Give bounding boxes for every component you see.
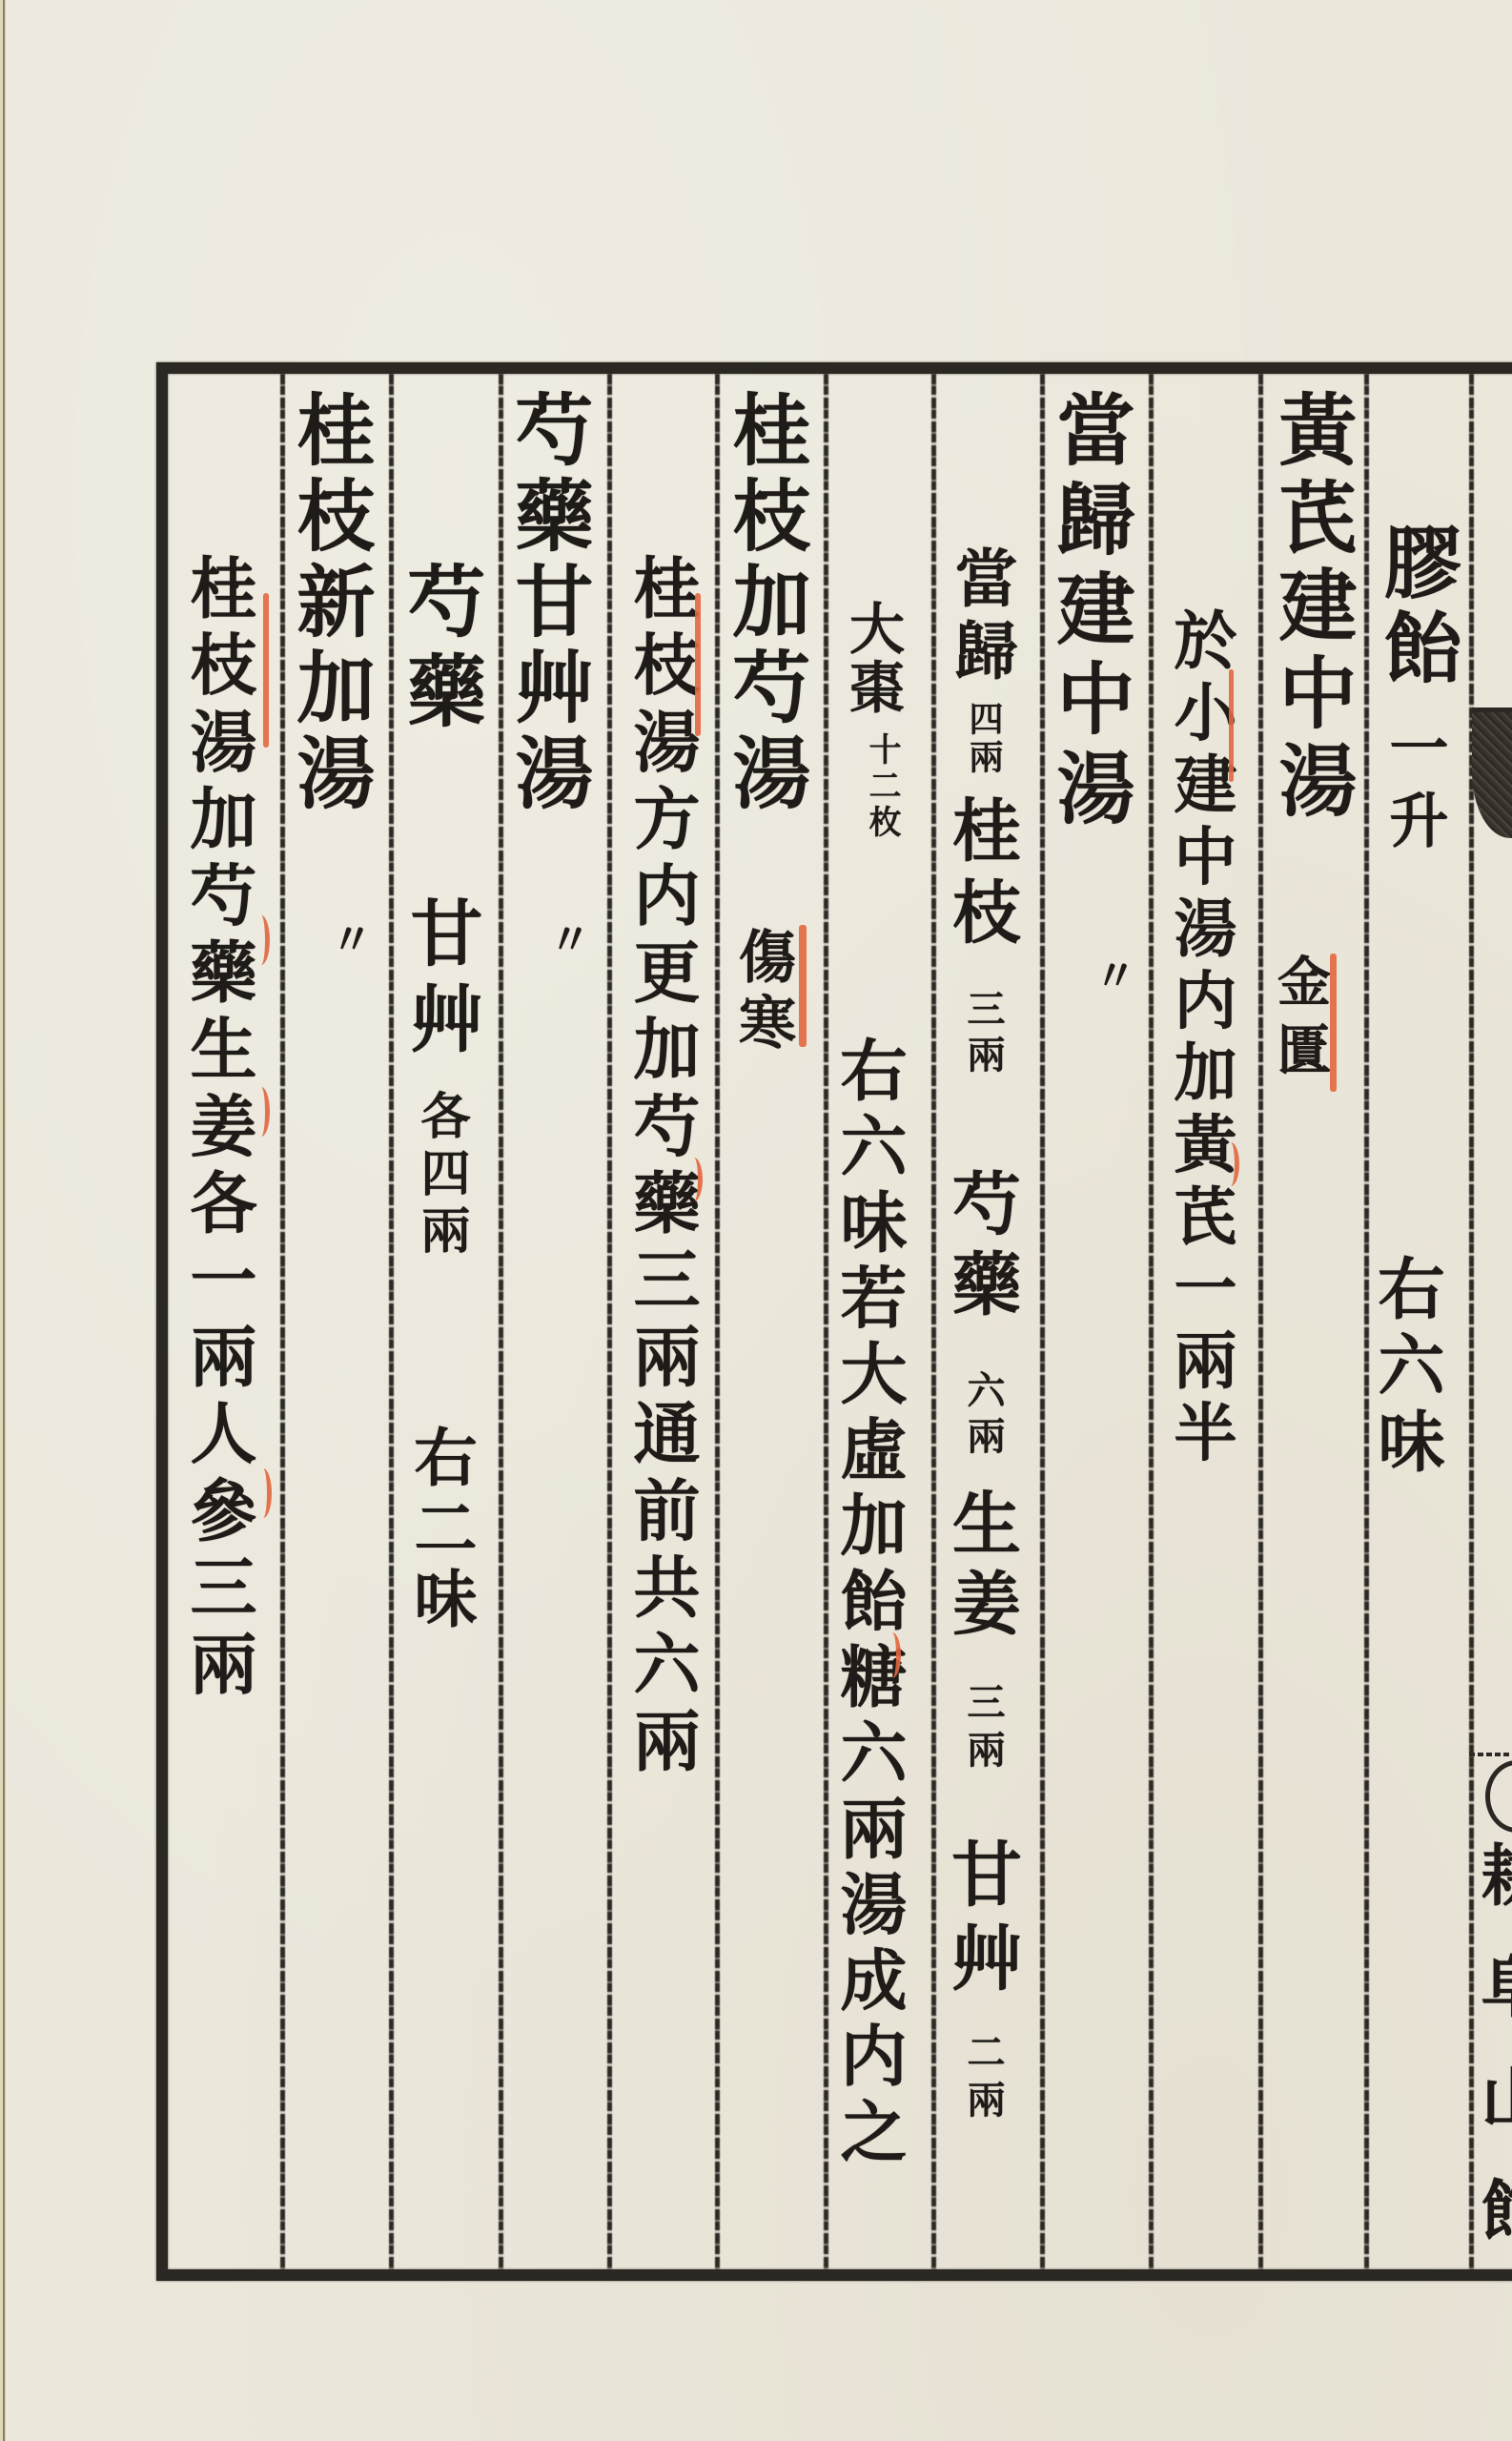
- prescription-title: 芍藥甘艸湯: [509, 389, 587, 818]
- source-note: 金匱: [1274, 954, 1327, 1091]
- column-rule: [931, 374, 936, 2269]
- ditto-mark: 〃: [326, 917, 368, 959]
- prescription-title: 桂枝新加湯: [291, 389, 369, 818]
- ingredient: 甘艸: [946, 1837, 1016, 2005]
- column-rule: [389, 374, 394, 2269]
- column-rule: [607, 374, 612, 2269]
- ditto-mark: 〃: [1090, 954, 1132, 995]
- source-note: 傷寒: [734, 927, 791, 1058]
- instruction-text: 右二味: [409, 1425, 472, 1636]
- vermilion-line-mark: [263, 593, 269, 748]
- ingredient: 芍藥: [401, 561, 480, 740]
- vermilion-line-mark: [695, 593, 701, 736]
- publisher-imprint: 耕阜山館: [1476, 1840, 1512, 2287]
- ingredient: 膠飴: [1378, 522, 1456, 693]
- prescription-title: 桂枝加芍湯: [726, 389, 805, 818]
- dosage-note: 四兩: [967, 701, 1001, 777]
- dosage-note: 十二枚: [866, 732, 898, 841]
- column-rule: [1258, 374, 1263, 2269]
- vermilion-line-mark: [1330, 954, 1337, 1092]
- column-rule: [824, 374, 828, 2269]
- prescription-title: 黃芪建中湯: [1273, 389, 1351, 828]
- page-edge: [0, 0, 6, 2441]
- dosage-note: 一升: [1384, 717, 1443, 862]
- ingredient: 大棗: [845, 600, 900, 718]
- dosage-note: 三兩: [964, 989, 1002, 1080]
- dosage-note: 二兩: [964, 2032, 1002, 2127]
- prescription-title: 當歸建中湯: [1051, 389, 1129, 837]
- instruction-text: 於小建中湯内加黃芪一兩半: [1169, 607, 1232, 1471]
- ingredient: 芍藥: [947, 1168, 1015, 1328]
- vermilion-line-mark: [1229, 669, 1234, 782]
- instruction-text: 桂枝湯加芍藥生姜各一兩人參三兩: [185, 553, 252, 1706]
- ingredient: 甘艸: [404, 895, 477, 1067]
- ingredient: 桂枝: [947, 794, 1015, 958]
- vermilion-line-mark: [799, 925, 807, 1047]
- ingredient: 生姜: [947, 1487, 1015, 1648]
- dosage-note: 三兩: [964, 1682, 1002, 1777]
- dosage-note: 六兩: [964, 1370, 1002, 1462]
- dosage-note: 各四兩: [416, 1090, 465, 1262]
- instruction-text: 右六味若大虛加飴糖六兩湯成内之: [835, 1036, 902, 2173]
- instruction-text: 桂枝湯方内更加芍藥三兩通前共六兩: [628, 553, 695, 1783]
- ditto-mark: 〃: [544, 917, 586, 959]
- ingredient: 當歸: [950, 545, 1012, 690]
- center-fold-tick: [1469, 1753, 1512, 1756]
- instruction-text: 右六味: [1373, 1254, 1440, 1483]
- column-rule: [1149, 374, 1154, 2269]
